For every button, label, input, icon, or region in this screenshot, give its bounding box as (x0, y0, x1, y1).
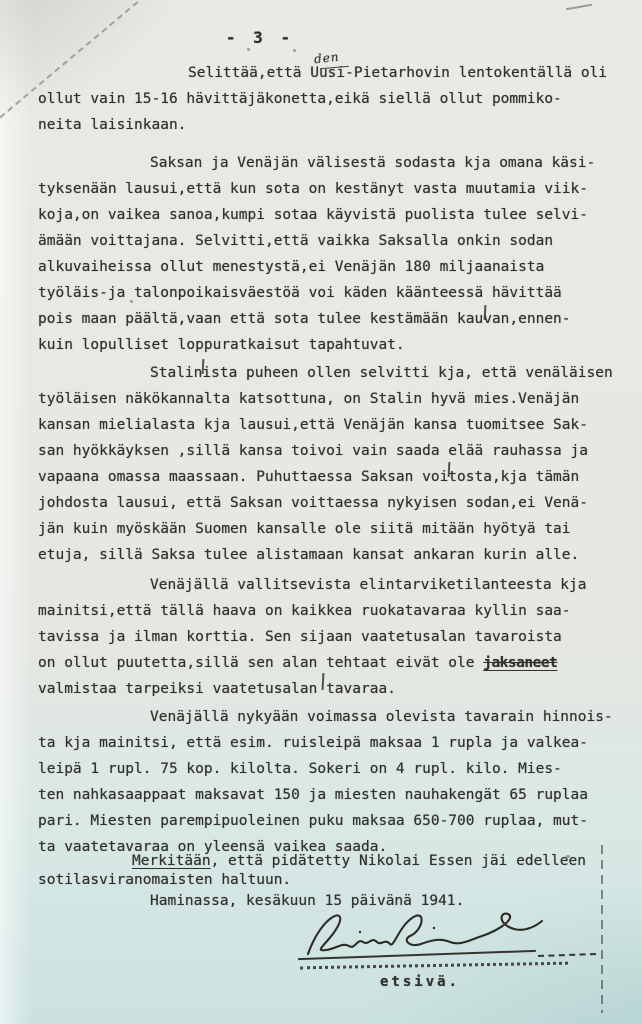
text-line: ollut vain 15-16 hävittäjäkonetta,eikä s… (38, 86, 623, 112)
text-line: Merkitään, että pidätetty Nikolai Essen … (38, 852, 623, 871)
text-line: Venäjällä nykyään voimassa olevista tava… (38, 704, 623, 730)
paragraph-3: Stalinista puheen ollen selvitti kja, et… (38, 360, 623, 568)
paragraph-1: Selittää,että denUusi-Pietarhovin lentok… (38, 60, 623, 138)
text-line: Venäjällä vallitsevista elintarviketilan… (38, 572, 623, 598)
text-line: jän kuin myöskään Suomen kansalle ole si… (38, 516, 623, 542)
text-line: tyksenään lausui,että kun sota on kestän… (38, 176, 623, 202)
handwritten-annotation: den (313, 44, 341, 73)
text-line: työläisen näkökannalta katsottuna, on St… (38, 386, 623, 412)
text-line: Saksan ja Venäjän välisestä sodasta kja … (38, 150, 623, 176)
paragraph-4: Venäjällä vallitsevista elintarviketilan… (38, 572, 623, 702)
text-line: työläis-ja talonpoikaisväestöä voi käden… (38, 280, 623, 306)
text-segment: , että pidätetty Nikolai Essen jäi edell… (211, 853, 586, 869)
text-line: Stalinista puheen ollen selvitti kja, et… (38, 360, 623, 386)
corrected-word: denUusi (310, 60, 345, 86)
paper-speck (293, 49, 296, 52)
text-line: ämään voittajana. Selvitti,että vaikka S… (38, 228, 623, 254)
text-line: alkuvaiheissa ollut menestystä,ei Venäjä… (38, 254, 623, 280)
underlined-word: Merkitään (132, 853, 211, 869)
text-line: pois maan päältä,vaan että sota tulee ke… (38, 306, 623, 332)
text-line: ta kja mainitsi, että esim. ruisleipä ma… (38, 730, 623, 756)
paragraph-6: Merkitään, että pidätetty Nikolai Essen … (38, 852, 623, 890)
text-line: johdosta lausui, että Saksan voittaessa … (38, 490, 623, 516)
text-line: valmistaa tarpeiksi vaatetusalan tavaraa… (38, 676, 623, 702)
text-line: mainitsi,että tällä haava on kaikkea ruo… (38, 598, 623, 624)
text-line: leipä 1 rupl. 75 kop. kilolta. Sokeri on… (38, 756, 623, 782)
text-line: vapaana omassa maassaan. Puhuttaessa Sak… (38, 464, 623, 490)
document-page: - 3 - Selittää,että denUusi-Pietarhovin … (0, 0, 642, 1024)
text-line: Selittää,että denUusi-Pietarhovin lentok… (38, 60, 623, 86)
text-segment: Selittää,että (188, 65, 310, 81)
text-line: neita laisinkaan. (38, 112, 623, 138)
text-line: tavissa ja ilman korttia. Sen sijaan vaa… (38, 624, 623, 650)
text-line: koja,on vaikea sanoa,kumpi sotaa käyvist… (38, 202, 623, 228)
page-number: - 3 - (0, 28, 520, 47)
text-segment: on ollut puutetta,sillä sen alan tehtaat… (38, 655, 483, 671)
text-line: kuin lopulliset loppuratkaisut tapahtuva… (38, 332, 623, 358)
text-line: on ollut puutetta,sillä sen alan tehtaat… (38, 650, 623, 676)
overstruck-word: jaksaneet (483, 655, 557, 671)
paragraph-2: Saksan ja Venäjän välisestä sodasta kja … (38, 150, 623, 358)
signer-title: etsivä. (380, 974, 600, 990)
text-line: san hyökkäyksen ,sillä kansa toivoi vain… (38, 438, 623, 464)
text-line: pari. Miesten parempipuoleinen puku maks… (38, 808, 623, 834)
signature-block: etsivä. (280, 904, 600, 990)
text-line: ten nahkasaappaat maksavat 150 ja mieste… (38, 782, 623, 808)
paper-speck (247, 48, 250, 51)
paragraph-5: Venäjällä nykyään voimassa olevista tava… (38, 704, 623, 860)
text-line: etuja, sillä Saksa tulee alistamaan kans… (38, 542, 623, 568)
text-segment: -Pietarhovin lentokentällä oli (345, 65, 607, 81)
stray-pen-dash (566, 4, 592, 10)
text-line: kansan mielialasta kja lausui,että Venäj… (38, 412, 623, 438)
